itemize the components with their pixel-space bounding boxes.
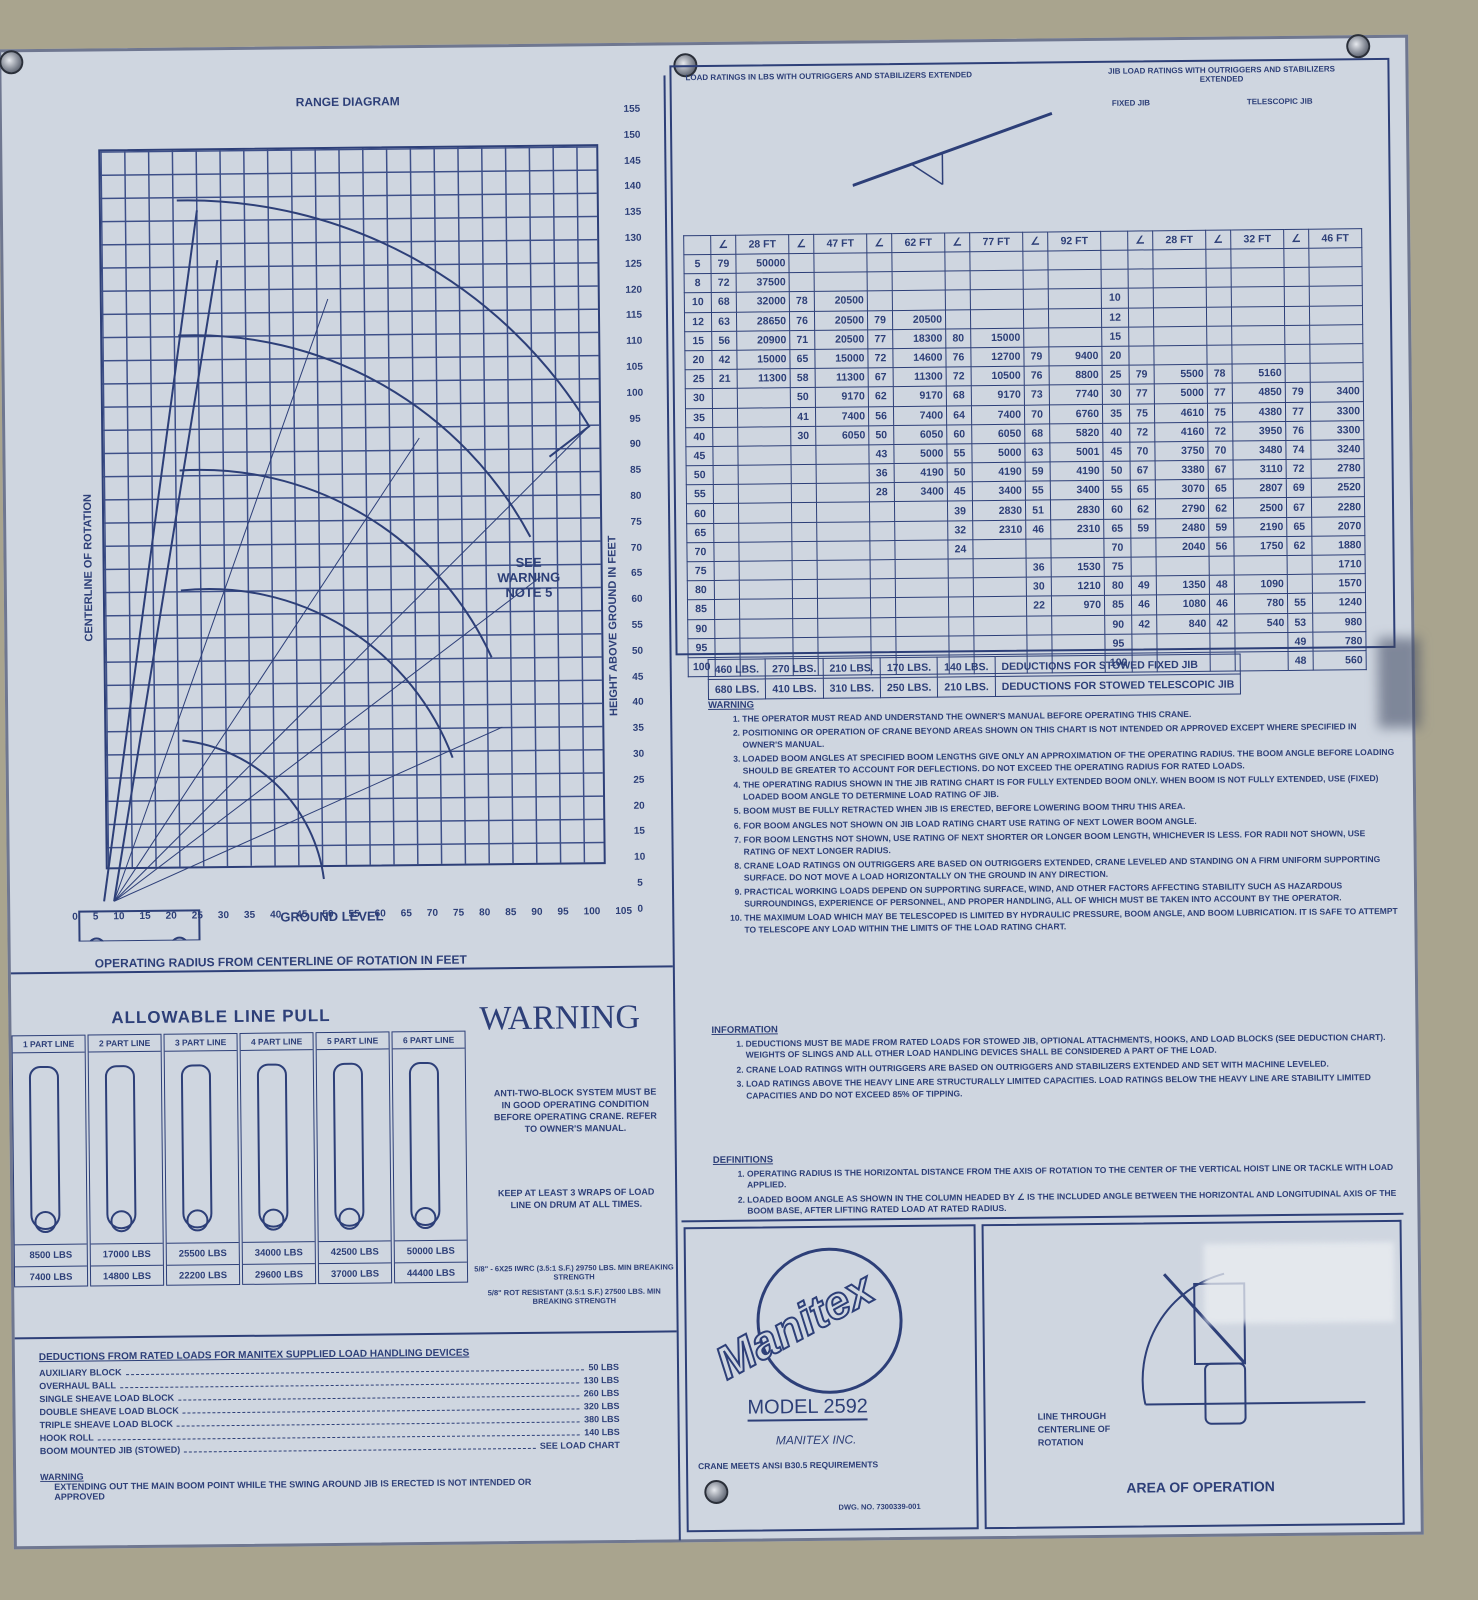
worn-patch <box>1204 1242 1395 1324</box>
x-tick: 40 <box>270 910 281 921</box>
drawing-number: DWG. NO. 7300339-001 <box>838 1502 920 1512</box>
centerline-rotation-label: LINE THROUGH CENTERLINE OF ROTATION <box>1037 1409 1147 1449</box>
y-tick: 140 <box>615 181 651 207</box>
company-name: MANITEX INC. <box>776 1433 857 1448</box>
note-item: LOADED BOOM ANGLE AS SHOWN IN THE COLUMN… <box>747 1187 1403 1217</box>
y-tick: 90 <box>617 439 653 465</box>
y-tick: 135 <box>615 207 651 233</box>
y-tick: 95 <box>617 413 653 439</box>
x-tick: 30 <box>218 910 229 921</box>
y-tick: 10 <box>622 852 658 878</box>
area-of-operation-title: AREA OF OPERATION <box>1126 1478 1275 1496</box>
information-notes: INFORMATION DEDUCTIONS MUST BE MADE FROM… <box>711 1018 1402 1105</box>
y-tick: 30 <box>621 748 657 774</box>
y-tick: 125 <box>615 258 651 284</box>
y-tick: 15 <box>621 826 657 852</box>
device-deductions: DEDUCTIONS FROM RATED LOADS FOR MANITEX … <box>39 1346 621 1502</box>
y-tick: 70 <box>618 542 654 568</box>
y-tick: 105 <box>616 362 652 388</box>
hook-icon <box>338 1208 360 1230</box>
note-item: THE MAXIMUM LOAD WHICH MAY BE TELESCOPED… <box>744 906 1400 936</box>
definitions-notes: DEFINITIONS OPERATING RADIUS IS THE HORI… <box>713 1148 1404 1221</box>
note-item: POSITIONING OR OPERATION OF CRANE BEYOND… <box>742 721 1398 751</box>
area-of-operation-panel: LINE THROUGH CENTERLINE OF ROTATION AREA… <box>982 1220 1405 1529</box>
x-tick: 80 <box>479 907 490 918</box>
y-tick: 110 <box>616 336 652 362</box>
x-tick: 25 <box>192 910 203 921</box>
y-tick: 50 <box>619 645 655 671</box>
note-item: FOR BOOM LENGTHS NOT SHOWN, USE RATING O… <box>743 828 1399 858</box>
note-item: LOADED BOOM ANGLES AT SPECIFIED BOOM LEN… <box>743 747 1399 777</box>
jib-table-title: JIB LOAD RATINGS WITH OUTRIGGERS AND STA… <box>1091 64 1351 85</box>
y-tick: 150 <box>614 129 650 155</box>
stowed-jib-deductions-table: 460 LBS.270 LBS.210 LBS.170 LBS.140 LBS.… <box>708 653 1242 700</box>
note-item: THE OPERATING RADIUS SHOWN IN THE JIB RA… <box>743 773 1399 803</box>
load-chart-plate: RANGE DIAGRAM SEE WARNING NOTE 5 CENT <box>0 35 1424 1550</box>
y-tick: 130 <box>615 233 651 259</box>
sheave-icon <box>333 1063 365 1227</box>
y-tick: 155 <box>614 104 650 130</box>
note-item: OPERATING RADIUS IS THE HORIZONTAL DISTA… <box>747 1161 1403 1191</box>
x-tick: 85 <box>505 907 516 918</box>
y-tick: 75 <box>618 516 654 542</box>
y-tick: 55 <box>619 620 655 646</box>
anti-two-block-warning: ANTI-TWO-BLOCK SYSTEM MUST BE IN GOOD OP… <box>490 1086 660 1136</box>
y-tick: 80 <box>618 491 654 517</box>
boom-arcs <box>66 136 634 942</box>
line-pull-column: 2 PART LINE 17000 LBS 14800 LBS <box>88 1034 165 1287</box>
x-tick: 0 <box>72 912 78 923</box>
y-tick: 85 <box>618 465 654 491</box>
x-tick: 70 <box>427 908 438 919</box>
model-number: MODEL 2592 <box>747 1395 868 1421</box>
x-tick: 95 <box>557 906 568 917</box>
sheave-icon <box>181 1064 213 1228</box>
branding-panel: Manitex MODEL 2592 MANITEX INC. CRANE ME… <box>684 1224 979 1532</box>
y-tick: 145 <box>614 155 650 181</box>
x-tick: 15 <box>139 911 150 922</box>
sheave-icon <box>105 1065 137 1229</box>
note-item: DEDUCTIONS MUST BE MADE FROM RATED LOADS… <box>746 1031 1402 1061</box>
line-pull-title: ALLOWABLE LINE PULL <box>111 1006 330 1028</box>
hook-icon <box>34 1211 56 1233</box>
y-tick: 100 <box>617 387 653 413</box>
line-pull-column: 5 PART LINE 42500 LBS 37000 LBS <box>315 1031 392 1284</box>
sheave-icon <box>29 1066 61 1230</box>
x-tick: 105 <box>615 906 632 917</box>
hook-icon <box>186 1209 208 1231</box>
y-tick: 35 <box>620 723 656 749</box>
compliance-text: CRANE MEETS ANSI B30.5 REQUIREMENTS <box>698 1459 878 1471</box>
x-tick: 20 <box>166 911 177 922</box>
rope-note-2: 5/8" ROT RESISTANT (3.5:1 S.F.) 27500 LB… <box>474 1286 674 1306</box>
centerline-label: CENTERLINE OF ROTATION <box>82 494 96 642</box>
x-tick: 45 <box>296 909 307 920</box>
hook-icon <box>262 1208 284 1230</box>
x-tick: 10 <box>113 911 124 922</box>
x-tick: 5 <box>93 911 99 922</box>
see-warning-note: SEE WARNING NOTE 5 <box>489 554 569 600</box>
note-item: LOAD RATINGS ABOVE THE HEAVY LINE ARE ST… <box>746 1072 1402 1102</box>
grime-patch <box>1377 638 1420 728</box>
y-tick: 60 <box>619 594 655 620</box>
load-table-title: LOAD RATINGS IN LBS WITH OUTRIGGERS AND … <box>685 70 972 82</box>
line-pull-column: 3 PART LINE 25500 LBS 22200 LBS <box>164 1033 241 1286</box>
y-tick: 20 <box>621 800 657 826</box>
boom-sections-diagram <box>852 103 1073 195</box>
hook-icon <box>110 1210 132 1232</box>
y-tick: 25 <box>621 774 657 800</box>
sheave-icon <box>409 1062 441 1226</box>
x-tick: 35 <box>244 910 255 921</box>
y-tick: 5 <box>622 877 658 903</box>
note-item: PRACTICAL WORKING LOADS DEPEND ON SUPPOR… <box>744 880 1400 910</box>
bolt-icon <box>0 50 23 74</box>
x-tick: 50 <box>322 909 333 920</box>
telescopic-jib-label: TELESCOPIC JIB <box>1247 97 1313 107</box>
line-pull-column: 1 PART LINE 8500 LBS 7400 LBS <box>12 1035 89 1288</box>
fixed-jib-label: FIXED JIB <box>1112 98 1150 107</box>
note-item: CRANE LOAD RATINGS ON OUTRIGGERS ARE BAS… <box>744 854 1400 884</box>
y-tick: 115 <box>616 310 652 336</box>
y-tick: 40 <box>620 697 656 723</box>
bolt-icon <box>1346 34 1370 58</box>
rope-note-1: 5/8" - 6X25 IWRC (3.5:1 S.F.) 29750 LBS.… <box>474 1262 674 1282</box>
x-tick: 60 <box>375 908 386 919</box>
allowable-line-pull: ALLOWABLE LINE PULL 1 PART LINE 8500 LBS… <box>11 1000 679 1007</box>
sheave-icon <box>257 1063 289 1227</box>
x-tick: 55 <box>348 909 359 920</box>
range-diagram-panel: RANGE DIAGRAM SEE WARNING NOTE 5 CENT <box>6 75 671 957</box>
device-deductions-title: DEDUCTIONS FROM RATED LOADS FOR MANITEX … <box>39 1346 619 1363</box>
x-tick: 65 <box>401 908 412 919</box>
x-tick: 100 <box>584 906 601 917</box>
x-tick: 75 <box>453 908 464 919</box>
line-pull-column: 6 PART LINE 50000 LBS 44400 LBS <box>391 1031 468 1284</box>
y-tick: 120 <box>616 284 652 310</box>
y-tick: 45 <box>620 671 656 697</box>
hook-icon <box>414 1207 436 1229</box>
y-tick: 65 <box>619 568 655 594</box>
line-pull-column: 4 PART LINE 34000 LBS 29600 LBS <box>239 1032 316 1285</box>
warning-notes: WARNING THE OPERATOR MUST READ AND UNDER… <box>708 693 1400 939</box>
wraps-warning: KEEP AT LEAST 3 WRAPS OF LOAD LINE ON DR… <box>491 1186 661 1212</box>
x-tick: 90 <box>531 907 542 918</box>
horizontal-divider <box>15 1330 677 1339</box>
load-rating-table: ∠28 FT ∠47 FT ∠62 FT ∠77 FT ∠92 FT ∠28 F… <box>683 228 1367 677</box>
warning-box-title: WARNING <box>479 999 640 1039</box>
device-warning-text: EXTENDING OUT THE MAIN BOOM POINT WHILE … <box>40 1476 574 1502</box>
range-diagram-title: RANGE DIAGRAM <box>296 94 400 109</box>
